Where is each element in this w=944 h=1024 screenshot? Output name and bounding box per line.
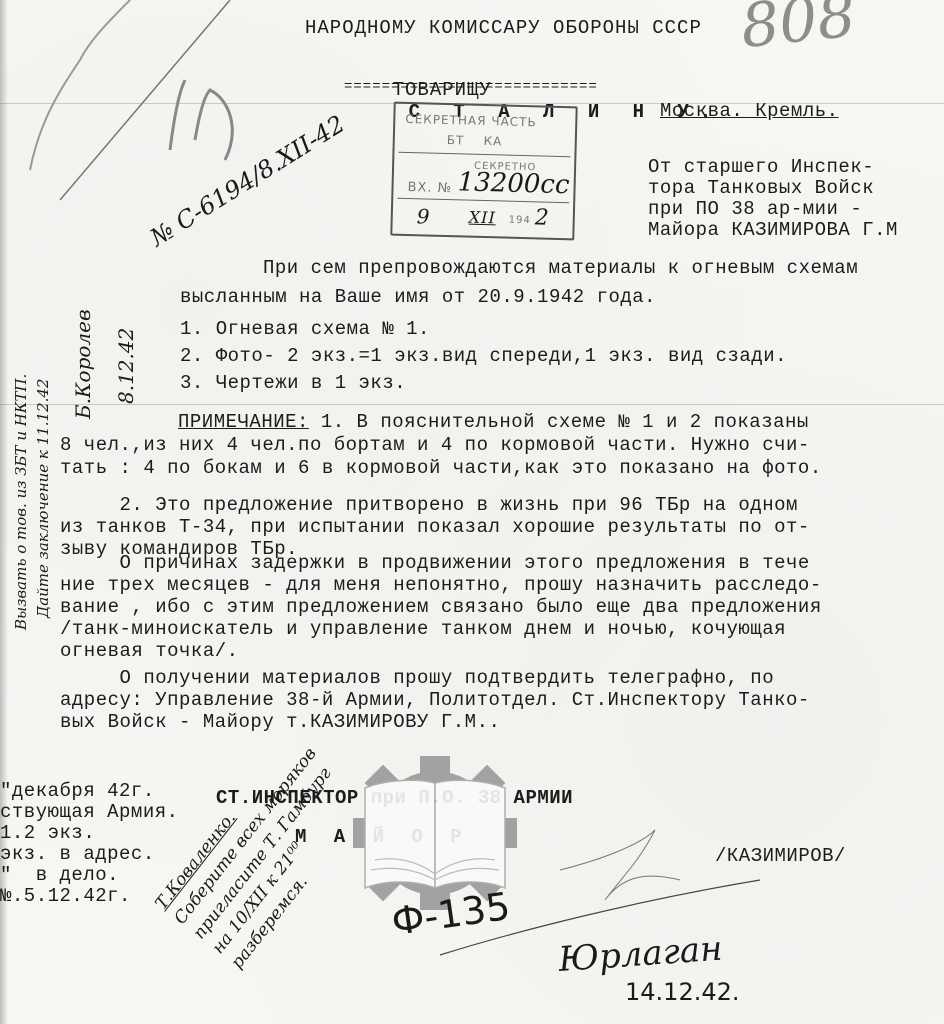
pencil-strokes	[0, 0, 944, 1024]
document-page: НАРОДНОМУ КОМИССАРУ ОБОРОНЫ СССР ТОВАРИЩ…	[0, 0, 944, 1024]
